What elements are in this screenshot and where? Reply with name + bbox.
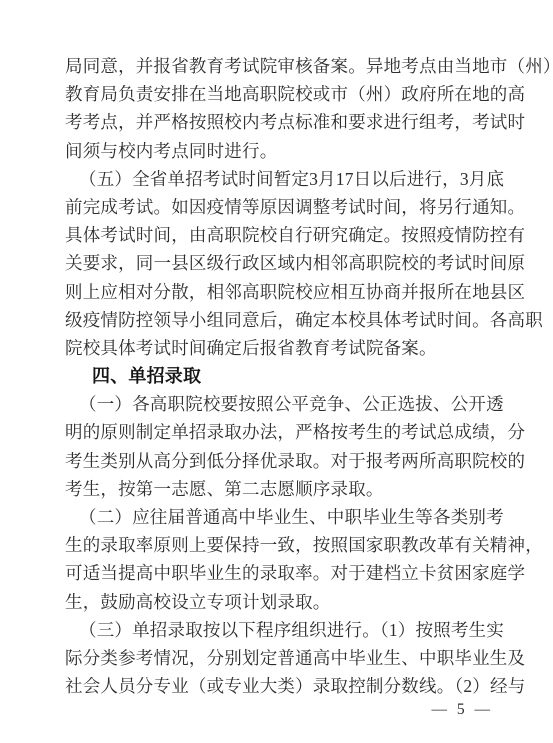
page-number: — 5 — (432, 701, 494, 719)
text-line: （三）单招录取按以下程序组织进行。（1）按照考生实 (65, 616, 527, 644)
text-line: 考生，按第一志愿、第二志愿顺序录取。 (65, 475, 527, 503)
text-line: 具体考试时间，由高职院校自行研究确定。按照疫情防控有 (65, 221, 527, 249)
text-line: 生，鼓励高校设立专项计划录取。 (65, 588, 527, 616)
text-line: 可适当提高中职毕业生的录取率。对于建档立卡贫困家庭学 (65, 559, 527, 587)
text-line: 际分类参考情况，分别划定普通高中毕业生、中职毕业生及 (65, 644, 527, 672)
text-line: 前完成考试。如因疫情等原因调整考试时间，将另行通知。 (65, 193, 527, 221)
text-line: 局同意，并报省教育考试院审核备案。异地考点由当地市（州） (65, 52, 527, 80)
text-line: 则上应相对分散，相邻高职院校应相互协商并报所在地县区 (65, 278, 527, 306)
text-line: 教育局负责安排在当地高职院校或市（州）政府所在地的高 (65, 80, 527, 108)
document-page: 局同意，并报省教育考试院审核备案。异地考点由当地市（州） 教育局负责安排在当地高… (0, 0, 553, 743)
text-line: 级疫情防控领导小组同意后，确定本校具体考试时间。各高职 (65, 306, 527, 334)
text-line: 间须与校内考点同时进行。 (65, 137, 527, 165)
text-line: （一）各高职院校要按照公平竞争、公正选拔、公开透 (65, 390, 527, 418)
text-line: （五）全省单招考试时间暂定3月17日以后进行，3月底 (65, 165, 527, 193)
text-line: 生的录取率原则上要保持一致，按照国家职教改革有关精神， (65, 531, 527, 559)
text-line: 社会人员分专业（或专业大类）录取控制分数线。（2）经与 (65, 672, 527, 700)
text-line: 考考点，并严格按照校内考点标准和要求进行组考，考试时 (65, 108, 527, 136)
text-line: 考生类别从高分到低分择优录取。对于报考两所高职院校的 (65, 447, 527, 475)
text-line: 院校具体考试时间确定后报省教育考试院备案。 (65, 334, 527, 362)
section-heading: 四、单招录取 (65, 362, 527, 390)
text-line: 关要求，同一县区级行政区域内相邻高职院校的考试时间原 (65, 249, 527, 277)
document-body: 局同意，并报省教育考试院审核备案。异地考点由当地市（州） 教育局负责安排在当地高… (65, 52, 527, 700)
text-line: （二）应往届普通高中毕业生、中职毕业生等各类别考 (65, 503, 527, 531)
text-line: 明的原则制定单招录取办法，严格按考生的考试总成绩，分 (65, 418, 527, 446)
